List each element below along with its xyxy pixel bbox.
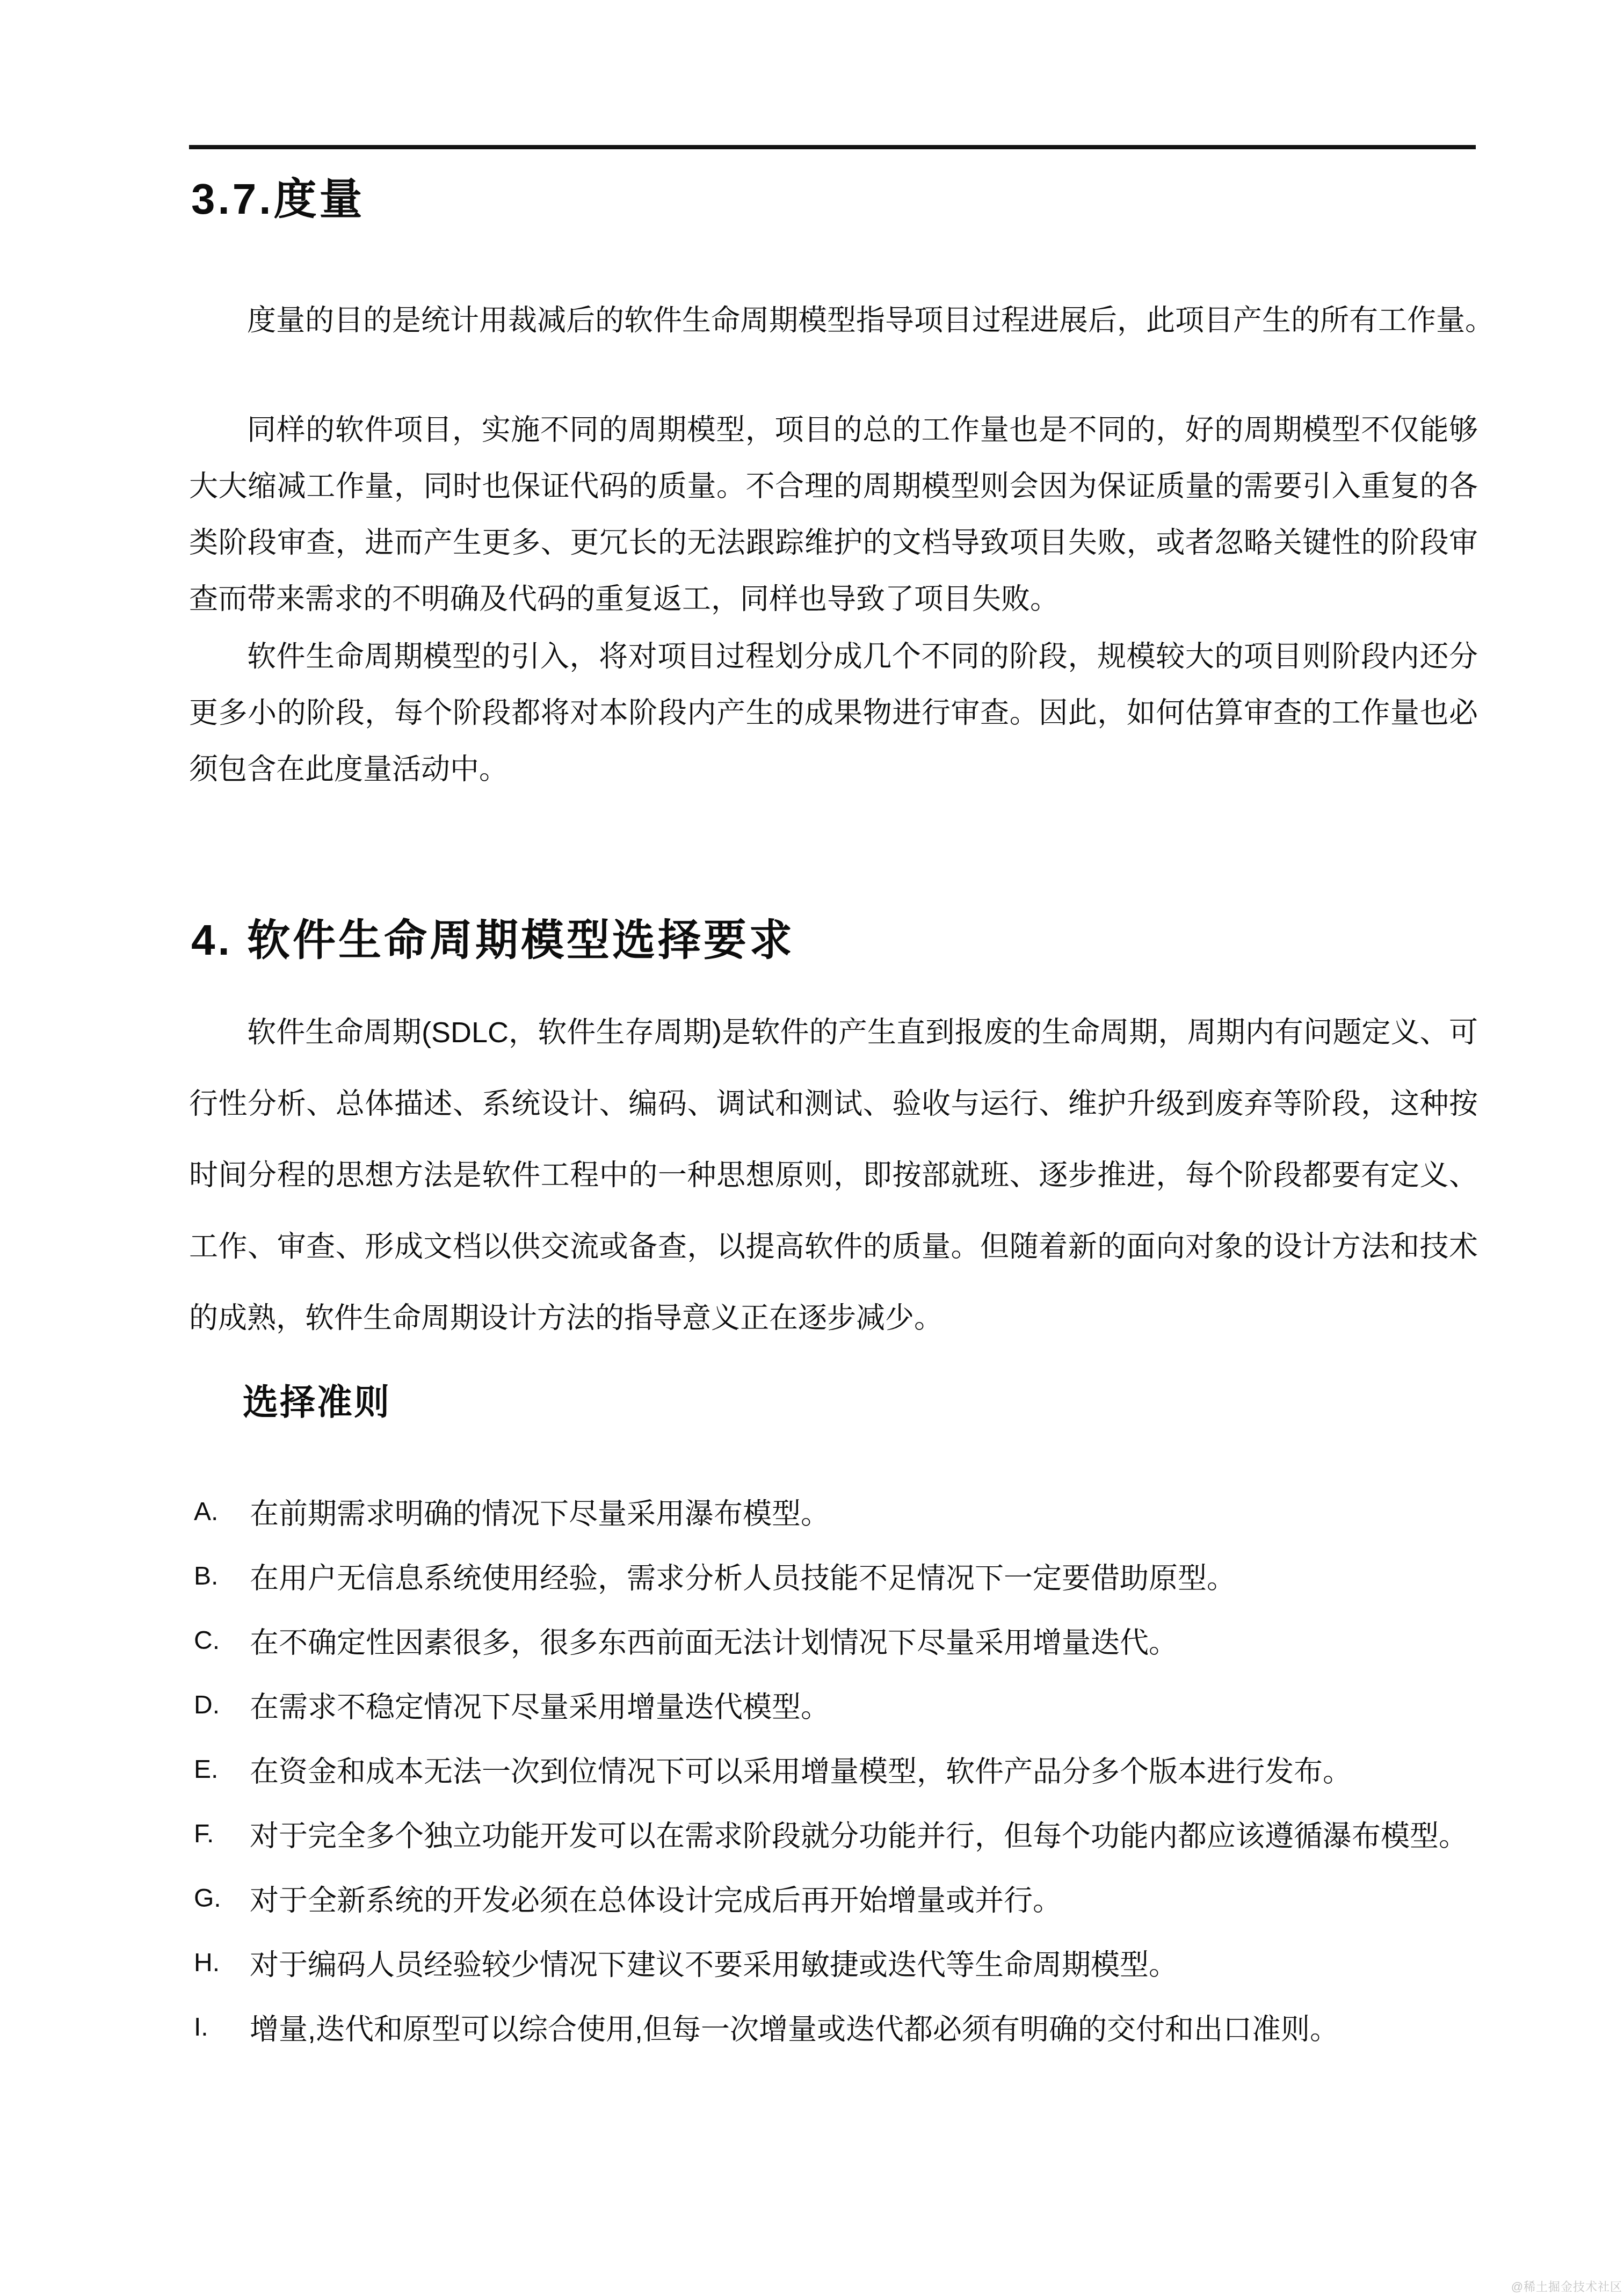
lifecycle-paragraph: 软件生命周期(SDLC，软件生存周期)是软件的产生直到报废的生命周期，周期内有问… bbox=[189, 997, 1478, 1354]
document-page: 3.7.度量 度量的目的是统计用裁减后的软件生命周期模型指导项目过程进展后，此项… bbox=[0, 0, 1624, 2296]
criteria-marker: I. bbox=[194, 2012, 250, 2042]
paragraph-line: 的成熟，软件生命周期设计方法的指导意义正在逐步减少。 bbox=[189, 1283, 1478, 1354]
section-heading-3-7: 3.7.度量 bbox=[191, 164, 365, 226]
criteria-marker: D. bbox=[194, 1690, 250, 1720]
criteria-text: 对于全新系统的开发必须在总体设计完成后再开始增量或并行。 bbox=[250, 1878, 1483, 1919]
paragraph-line: 度量的目的是统计用裁减后的软件生命周期模型指导项目过程进展后，此项目产生的所有工… bbox=[189, 293, 1478, 349]
criteria-item: H.对于编码人员经验较少情况下建议不要采用敏捷或迭代等生命周期模型。 bbox=[194, 1930, 1483, 1995]
criteria-list: A.在前期需求明确的情况下尽量采用瀑布模型。B.在用户无信息系统使用经验，需求分… bbox=[194, 1479, 1483, 2059]
criteria-item: C.在不确定性因素很多，很多东西前面无法计划情况下尽量采用增量迭代。 bbox=[194, 1608, 1483, 1673]
criteria-text: 增量,迭代和原型可以综合使用,但每一次增量或迭代都必须有明确的交付和出口准则。 bbox=[250, 2007, 1483, 2048]
criteria-marker: F. bbox=[194, 1819, 250, 1849]
criteria-text: 在需求不稳定情况下尽量采用增量迭代模型。 bbox=[250, 1684, 1483, 1726]
criteria-text: 对于编码人员经验较少情况下建议不要采用敏捷或迭代等生命周期模型。 bbox=[250, 1942, 1483, 1983]
criteria-marker: A. bbox=[194, 1497, 250, 1527]
section-heading-4: 4. 软件生命周期模型选择要求 bbox=[191, 905, 795, 967]
criteria-marker: E. bbox=[194, 1755, 250, 1784]
selection-criteria-subheading: 选择准则 bbox=[243, 1374, 391, 1425]
criteria-marker: B. bbox=[194, 1561, 250, 1591]
criteria-text: 对于完全多个独立功能开发可以在需求阶段就分功能并行，但每个功能内都应该遵循瀑布模… bbox=[250, 1813, 1483, 1855]
criteria-item: F.对于完全多个独立功能开发可以在需求阶段就分功能并行，但每个功能内都应该遵循瀑… bbox=[194, 1801, 1483, 1866]
criteria-marker: C. bbox=[194, 1626, 250, 1655]
measurement-paragraph-1: 度量的目的是统计用裁减后的软件生命周期模型指导项目过程进展后，此项目产生的所有工… bbox=[189, 293, 1478, 349]
criteria-item: E.在资金和成本无法一次到位情况下可以采用增量模型，软件产品分多个版本进行发布。 bbox=[194, 1737, 1483, 1801]
paragraph-line: 软件生命周期(SDLC，软件生存周期)是软件的产生直到报废的生命周期，周期内有问… bbox=[189, 997, 1478, 1069]
measurement-paragraph-3: 软件生命周期模型的引入，将对项目过程划分成几个不同的阶段，规模较大的项目则阶段内… bbox=[189, 629, 1478, 798]
criteria-item: I.增量,迭代和原型可以综合使用,但每一次增量或迭代都必须有明确的交付和出口准则… bbox=[194, 1995, 1483, 2059]
criteria-text: 在前期需求明确的情况下尽量采用瀑布模型。 bbox=[250, 1491, 1483, 1532]
criteria-marker: G. bbox=[194, 1884, 250, 1913]
paragraph-line: 查而带来需求的不明确及代码的重复返工，同样也导致了项目失败。 bbox=[189, 571, 1478, 628]
criteria-marker: H. bbox=[194, 1948, 250, 1978]
criteria-item: B.在用户无信息系统使用经验，需求分析人员技能不足情况下一定要借助原型。 bbox=[194, 1544, 1483, 1608]
criteria-item: D.在需求不稳定情况下尽量采用增量迭代模型。 bbox=[194, 1673, 1483, 1737]
paragraph-line: 时间分程的思想方法是软件工程中的一种思想原则，即按部就班、逐步推进，每个阶段都要… bbox=[189, 1140, 1478, 1211]
paragraph-line: 同样的软件项目，实施不同的周期模型，项目的总的工作量也是不同的，好的周期模型不仅… bbox=[189, 402, 1478, 459]
paragraph-line: 行性分析、总体描述、系统设计、编码、调试和测试、验收与运行、维护升级到废弃等阶段… bbox=[189, 1069, 1478, 1140]
header-rule bbox=[189, 145, 1476, 149]
criteria-text: 在用户无信息系统使用经验，需求分析人员技能不足情况下一定要借助原型。 bbox=[250, 1556, 1483, 1597]
measurement-paragraph-2: 同样的软件项目，实施不同的周期模型，项目的总的工作量也是不同的，好的周期模型不仅… bbox=[189, 402, 1478, 628]
paragraph-line: 软件生命周期模型的引入，将对项目过程划分成几个不同的阶段，规模较大的项目则阶段内… bbox=[189, 629, 1478, 685]
criteria-text: 在不确定性因素很多，很多东西前面无法计划情况下尽量采用增量迭代。 bbox=[250, 1620, 1483, 1661]
watermark: @稀土掘金技术社区 bbox=[1511, 2278, 1622, 2294]
paragraph-line: 类阶段审查，进而产生更多、更冗长的无法跟踪维护的文档导致项目失败，或者忽略关键性… bbox=[189, 515, 1478, 571]
criteria-text: 在资金和成本无法一次到位情况下可以采用增量模型，软件产品分多个版本进行发布。 bbox=[250, 1749, 1483, 1790]
criteria-item: G.对于全新系统的开发必须在总体设计完成后再开始增量或并行。 bbox=[194, 1866, 1483, 1930]
paragraph-line: 更多小的阶段，每个阶段都将对本阶段内产生的成果物进行审查。因此，如何估算审查的工… bbox=[189, 685, 1478, 742]
paragraph-line: 须包含在此度量活动中。 bbox=[189, 742, 1478, 798]
criteria-item: A.在前期需求明确的情况下尽量采用瀑布模型。 bbox=[194, 1479, 1483, 1544]
paragraph-line: 工作、审查、形成文档以供交流或备查，以提高软件的质量。但随着新的面向对象的设计方… bbox=[189, 1211, 1478, 1283]
paragraph-line: 大大缩减工作量，同时也保证代码的质量。不合理的周期模型则会因为保证质量的需要引入… bbox=[189, 459, 1478, 515]
